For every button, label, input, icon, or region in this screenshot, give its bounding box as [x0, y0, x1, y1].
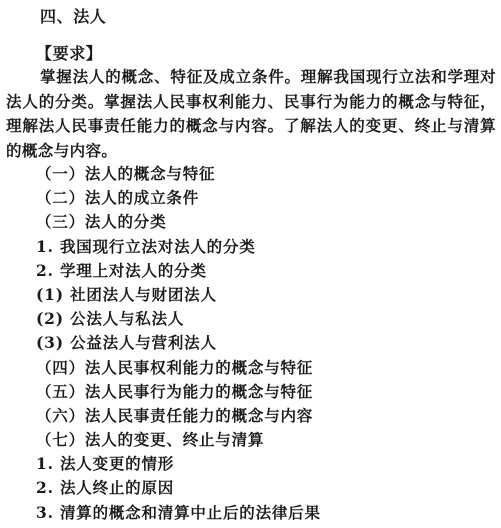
- outline-item: （五）法人民事行为能力的概念与特征: [36, 380, 321, 404]
- outline-item: （七）法人的变更、终止与清算: [36, 428, 321, 452]
- outline-item: （四）法人民事权利能力的概念与特征: [36, 356, 321, 380]
- outline-item: 1. 我国现行立法对法人的分类: [36, 235, 321, 259]
- outline-item: (1) 社团法人与财团法人: [36, 283, 321, 307]
- outline-item: （三）法人的分类: [36, 210, 321, 234]
- section-heading: 四、法人: [40, 4, 106, 27]
- outline-item: 3. 清算的概念和清算中止后的法律后果: [36, 501, 321, 525]
- outline-item: （一）法人的概念与特征: [36, 162, 321, 186]
- outline-item: 1. 法人变更的情形: [36, 452, 321, 476]
- outline-item: (3) 公益法人与营利法人: [36, 331, 321, 355]
- outline-item: （六）法人民事责任能力的概念与内容: [36, 404, 321, 428]
- outline-item: 2. 学理上对法人的分类: [36, 259, 321, 283]
- outline-item: （二）法人的成立条件: [36, 186, 321, 210]
- outline-item: 2. 法人终止的原因: [36, 476, 321, 500]
- document-page: 四、法人 【要求】 掌握法人的概念、特征及成立条件。理解我国现行立法和学理对法人…: [0, 0, 501, 528]
- requirement-label: 【要求】: [36, 41, 102, 64]
- outline-item: (2) 公法人与私法人: [36, 307, 321, 331]
- requirement-paragraph: 掌握法人的概念、特征及成立条件。理解我国现行立法和学理对法人的分类。掌握法人民事…: [6, 65, 496, 163]
- outline-list: （一）法人的概念与特征 （二）法人的成立条件 （三）法人的分类 1. 我国现行立…: [36, 162, 321, 525]
